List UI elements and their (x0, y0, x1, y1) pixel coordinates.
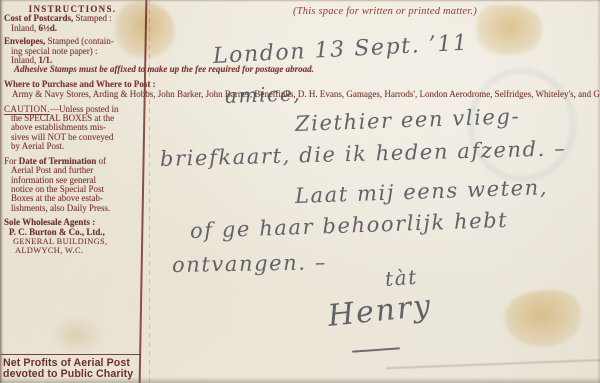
tape-stain-bottom-right (503, 288, 584, 350)
termination-paragraph: For Date of Termination ofAerial Post an… (4, 157, 141, 213)
handwritten-salutation: amice, (225, 81, 302, 108)
agents-name: P. C. Burton & Co., Ltd., (9, 227, 105, 237)
adhesive-stamps-note: Adhesive Stamps must be affixed to make … (4, 65, 141, 74)
footer-rule (1, 354, 141, 355)
handwritten-dateline: London 13 Sept. ’11 (212, 31, 469, 69)
agents-label: Sole Wholesale Agents : (4, 217, 95, 227)
caution-paragraph: CAUTION.—Unless posted inthe SPECIAL BOX… (4, 105, 141, 152)
handwritten-valediction: tàt (384, 265, 418, 291)
agents-address-1: GENERAL BUILDINGS, (13, 237, 107, 246)
handwritten-line: ontvangen. – (172, 250, 327, 277)
postmark-ghost-mark (468, 68, 576, 182)
signature-underline (352, 347, 400, 352)
agents-paragraph: Sole Wholesale Agents :P. C. Burton & Co… (4, 218, 141, 256)
stain-bottom-left (50, 316, 104, 354)
card-edge-top (0, 0, 600, 2)
bottom-crease (386, 359, 600, 369)
agents-address-2: ALDWYCH, W.C. (15, 246, 83, 255)
cost-price: 6½d. (39, 23, 58, 33)
tape-stain-top-right (477, 5, 542, 55)
where-to-post-heading: Where to Purchase and Where to Post : (4, 80, 141, 89)
handwritten-line: of ge haar behoorlijk hebt (190, 208, 509, 243)
charity-footer: Net Profits of Aerial Post devoted to Pu… (3, 358, 143, 379)
signature: Henry (326, 288, 434, 334)
where-to-post-list: Army & Navy Stores, Arding & Hobbs, John… (4, 90, 141, 99)
postcard-back: INSTRUCTIONS. Cost of Postcards, Stamped… (0, 0, 600, 383)
